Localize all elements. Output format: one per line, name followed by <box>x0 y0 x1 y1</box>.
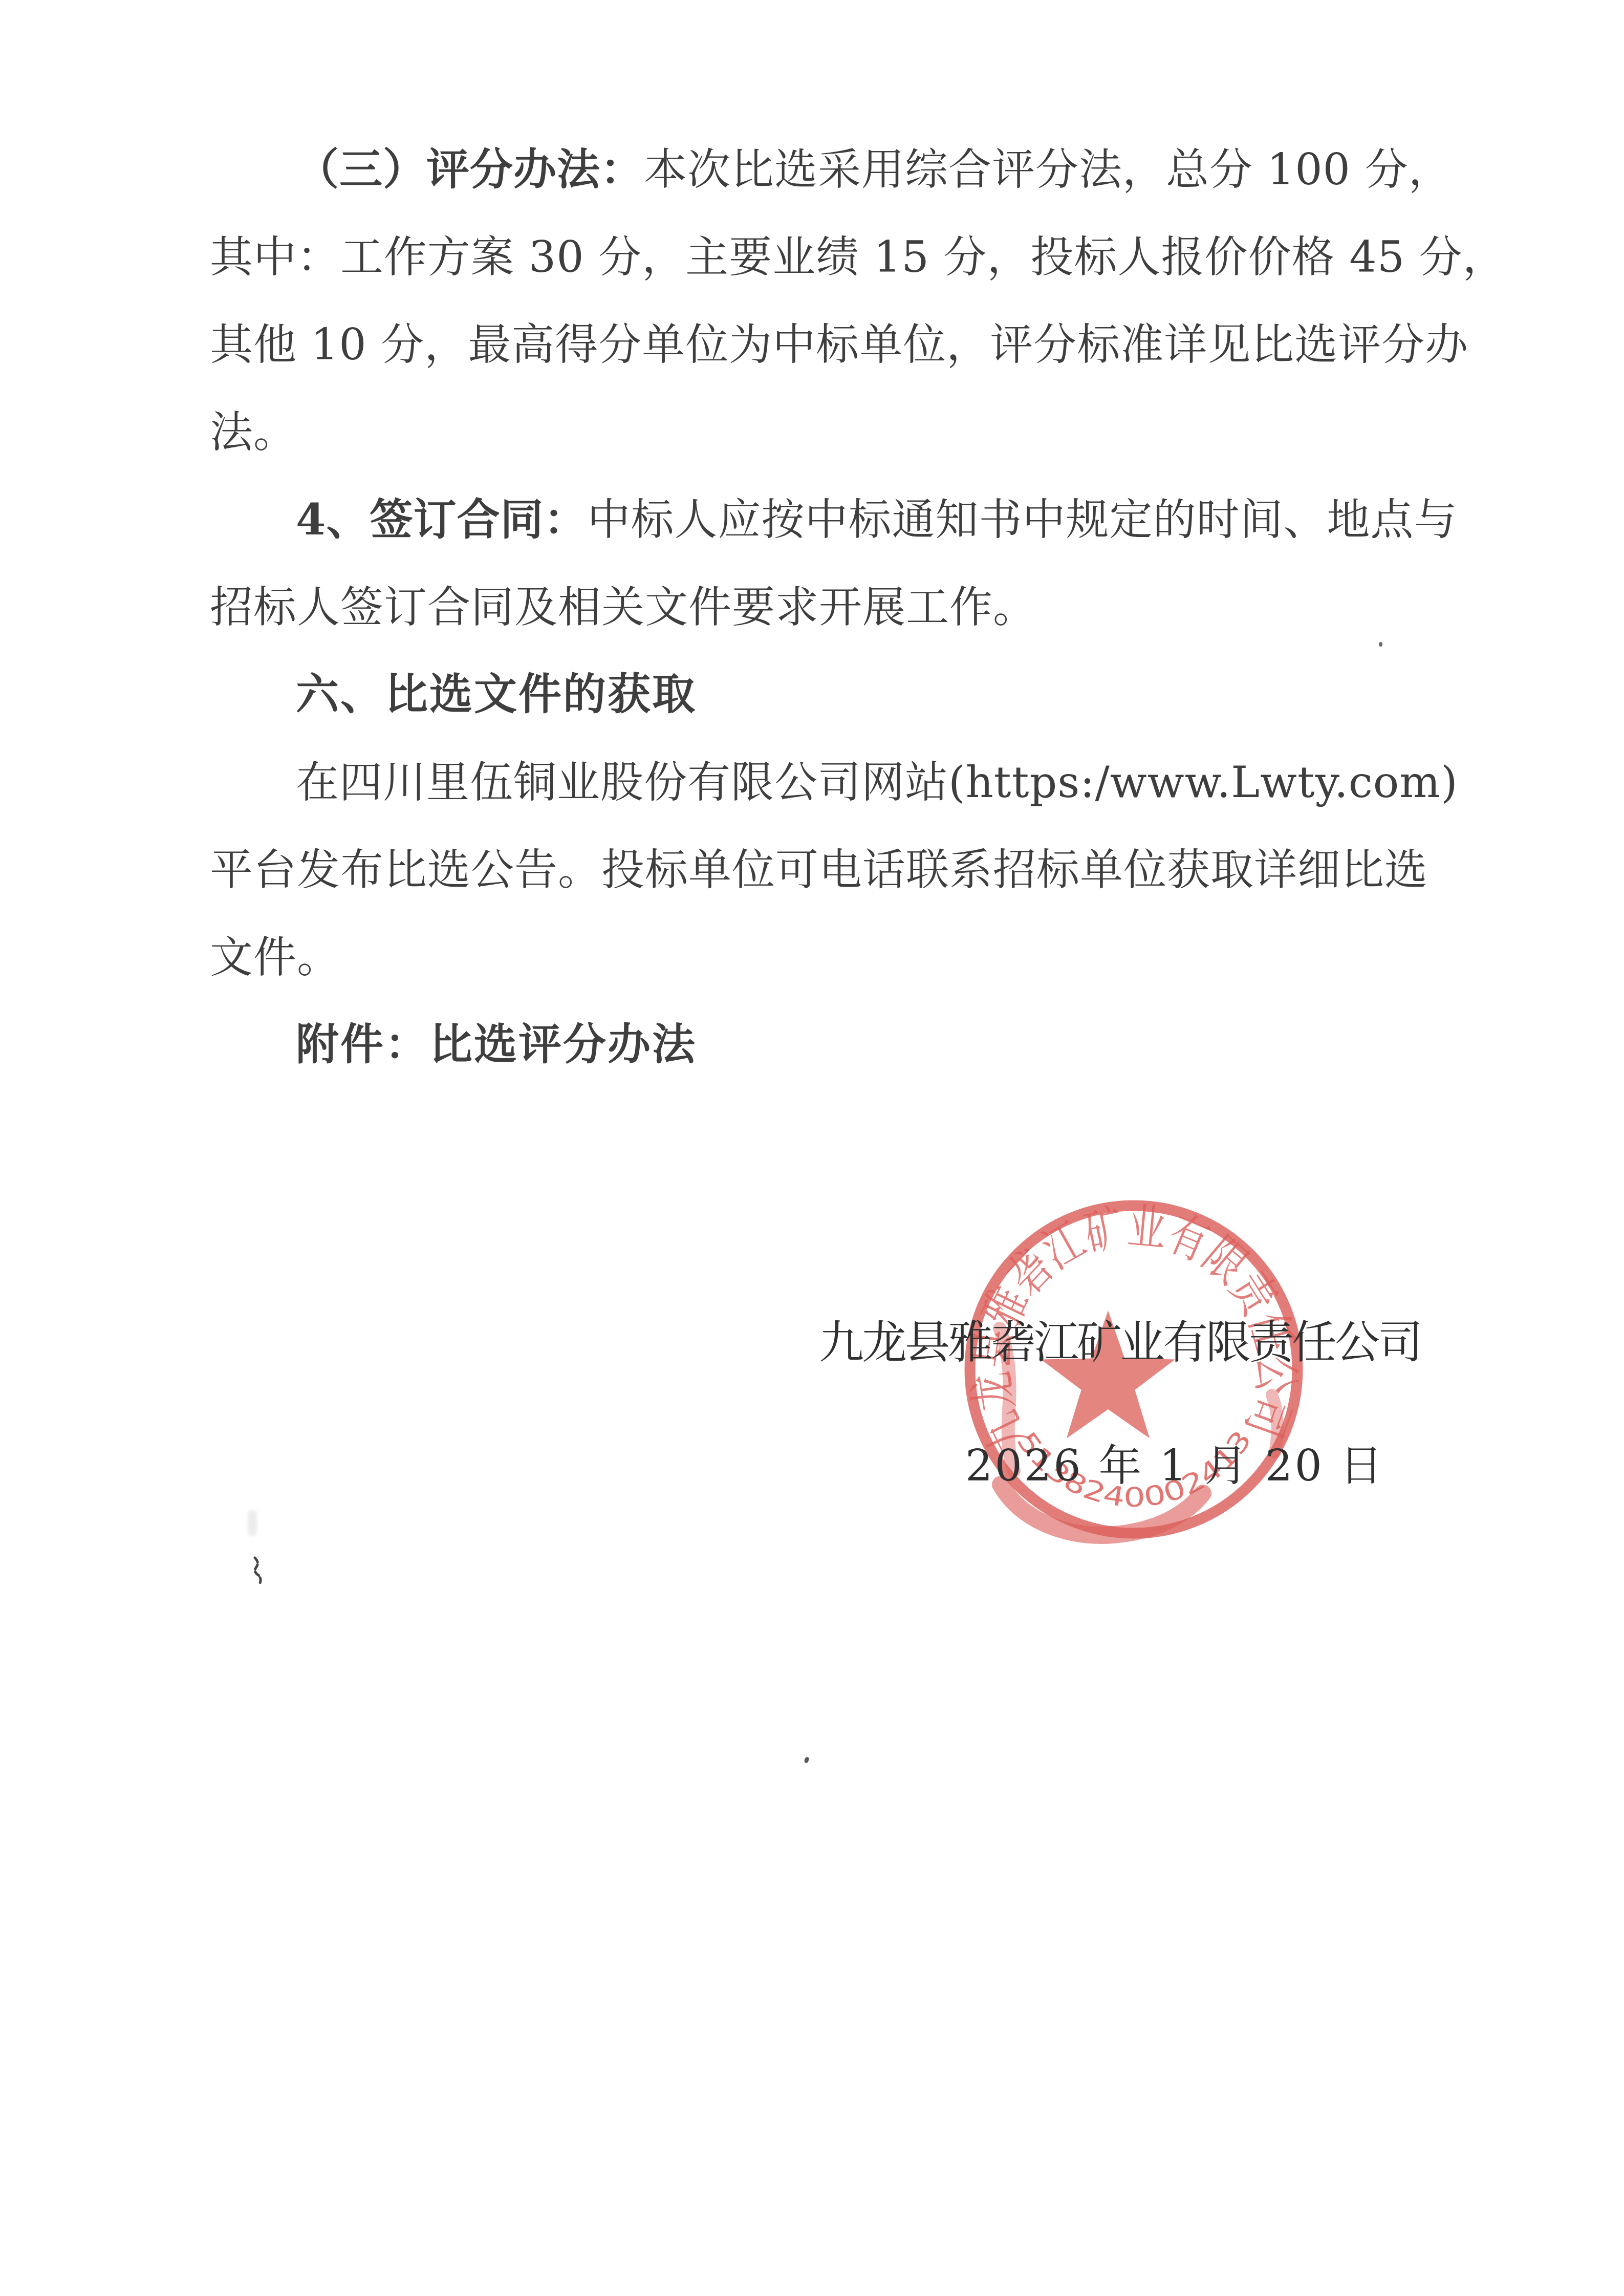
paragraph-line: 在四川里伍铜业股份有限公司网站(https:/www.Lwty.com) <box>210 738 1428 826</box>
line-text: 在四川里伍铜业股份有限公司网站(https:/www.Lwty.com) <box>296 757 1458 807</box>
document-body: （三）评分办法：本次比选采用综合评分法，总分 100 分， 其中：工作方案 30… <box>210 125 1428 1088</box>
scanned-document-page: （三）评分办法：本次比选采用综合评分法，总分 100 分， 其中：工作方案 30… <box>0 0 1624 2296</box>
paragraph-line: 法。 <box>210 388 1428 476</box>
paragraph-line: 其中：工作方案 30 分，主要业绩 15 分，投标人报价价格 45 分， <box>210 213 1428 301</box>
line-text: 文件。 <box>210 932 340 982</box>
scan-artifact <box>248 1510 257 1536</box>
scan-artifact <box>804 1756 809 1764</box>
scan-artifact <box>1379 642 1382 647</box>
line-lead: 4、签订合同： <box>296 494 587 545</box>
line-lead: 附件：比选评分办法 <box>296 1019 697 1069</box>
line-lead: （三）评分办法： <box>296 144 644 195</box>
line-text: 其中：工作方案 30 分，主要业绩 15 分，投标人报价价格 45 分， <box>210 232 1506 282</box>
paragraph-line: 招标人签订合同及相关文件要求开展工作。 <box>210 563 1428 651</box>
attachment-heading: 附件：比选评分办法 <box>210 1001 1428 1088</box>
signature-company: 九龙县雅砻江矿业有限责任公司 <box>819 1306 1421 1371</box>
paragraph-line: （三）评分办法：本次比选采用综合评分法，总分 100 分， <box>210 125 1428 213</box>
paragraph-line: 4、签订合同：中标人应按中标通知书中规定的时间、地点与 <box>210 476 1428 563</box>
line-text: 其他 10 分，最高得分单位为中标单位，评分标准详见比选评分办 <box>210 319 1468 370</box>
paragraph-line: 平台发布比选公告。投标单位可电话联系招标单位获取详细比选 <box>210 826 1428 913</box>
line-text: 法。 <box>210 407 297 457</box>
signature-date: 2026 年 1 月 20 日 <box>965 1431 1385 1493</box>
scan-artifact <box>250 1556 263 1588</box>
line-text: 招标人签订合同及相关文件要求开展工作。 <box>210 582 1036 632</box>
line-text: 中标人应按中标通知书中规定的时间、地点与 <box>587 495 1457 545</box>
line-lead: 六、比选文件的获取 <box>296 669 697 719</box>
section-heading: 六、比选文件的获取 <box>210 651 1428 738</box>
line-text: 本次比选采用综合评分法，总分 100 分， <box>644 144 1452 195</box>
line-text: 平台发布比选公告。投标单位可电话联系招标单位获取详细比选 <box>210 845 1428 895</box>
paragraph-line: 文件。 <box>210 913 1428 1001</box>
paragraph-line: 其他 10 分，最高得分单位为中标单位，评分标准详见比选评分办 <box>210 301 1428 388</box>
